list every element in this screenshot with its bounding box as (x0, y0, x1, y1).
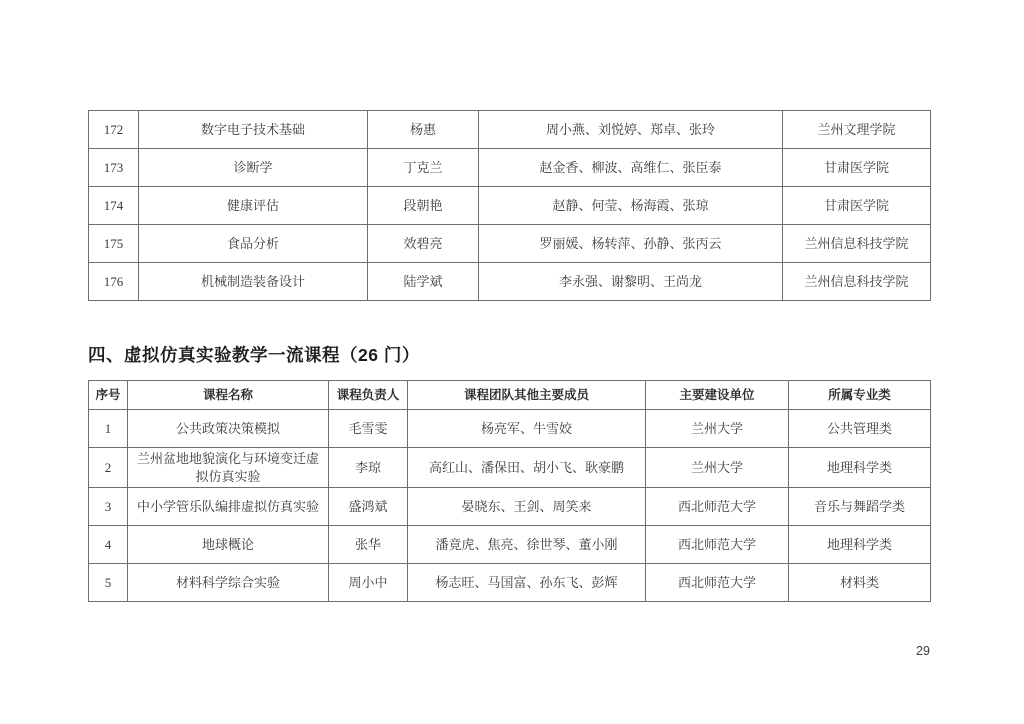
cell-course-name: 诊断学 (139, 149, 368, 187)
table-row: 4 地球概论 张华 潘竟虎、焦亮、徐世琴、董小刚 西北师范大学 地理科学类 (89, 526, 931, 564)
cell-team-members: 赵静、何莹、杨海霞、张琼 (479, 187, 783, 225)
cell-number: 3 (89, 488, 128, 526)
cell-institution: 兰州信息科技学院 (783, 263, 931, 301)
cell-institution: 甘肃医学院 (783, 149, 931, 187)
cell-number: 5 (89, 564, 128, 602)
table-row: 176 机械制造装备设计 陆学斌 李永强、谢黎明、王尚龙 兰州信息科技学院 (89, 263, 931, 301)
cell-category: 材料类 (789, 564, 931, 602)
cell-number: 176 (89, 263, 139, 301)
cell-leader: 李琼 (329, 448, 408, 488)
section-heading: 四、虚拟仿真实验教学一流课程（26 门） (88, 342, 420, 367)
cell-course-name: 食品分析 (139, 225, 368, 263)
cell-category: 音乐与舞蹈学类 (789, 488, 931, 526)
course-table-continued: 172 数字电子技术基础 杨惠 周小燕、刘悦婷、郑卓、张玲 兰州文理学院 173… (88, 110, 931, 301)
cell-course-name: 健康评估 (139, 187, 368, 225)
header-course-name: 课程名称 (128, 381, 329, 410)
cell-leader: 段朝艳 (368, 187, 479, 225)
cell-number: 4 (89, 526, 128, 564)
cell-leader: 周小中 (329, 564, 408, 602)
cell-course-name: 地球概论 (128, 526, 329, 564)
cell-category: 地理科学类 (789, 448, 931, 488)
table-row: 173 诊断学 丁克兰 赵金香、柳波、高维仁、张臣泰 甘肃医学院 (89, 149, 931, 187)
cell-institution: 西北师范大学 (646, 488, 789, 526)
cell-institution: 兰州大学 (646, 448, 789, 488)
cell-institution: 兰州信息科技学院 (783, 225, 931, 263)
cell-team-members: 高红山、潘保田、胡小飞、耿豪鹏 (408, 448, 646, 488)
cell-course-name: 兰州盆地地貌演化与环境变迁虚拟仿真实验 (128, 448, 329, 488)
cell-team-members: 杨志旺、马国富、孙东飞、彭辉 (408, 564, 646, 602)
cell-team-members: 晏晓东、王剑、周笑来 (408, 488, 646, 526)
cell-leader: 丁克兰 (368, 149, 479, 187)
header-category: 所属专业类 (789, 381, 931, 410)
cell-number: 173 (89, 149, 139, 187)
cell-leader: 毛雪雯 (329, 410, 408, 448)
cell-number: 172 (89, 111, 139, 149)
cell-institution: 西北师范大学 (646, 564, 789, 602)
cell-team-members: 罗丽媛、杨转萍、孙静、张丙云 (479, 225, 783, 263)
table-row: 1 公共政策决策模拟 毛雪雯 杨亮军、牛雪姣 兰州大学 公共管理类 (89, 410, 931, 448)
page-number: 29 (916, 644, 930, 658)
table-row: 2 兰州盆地地貌演化与环境变迁虚拟仿真实验 李琼 高红山、潘保田、胡小飞、耿豪鹏… (89, 448, 931, 488)
cell-leader: 效碧亮 (368, 225, 479, 263)
cell-number: 2 (89, 448, 128, 488)
table-row: 174 健康评估 段朝艳 赵静、何莹、杨海霞、张琼 甘肃医学院 (89, 187, 931, 225)
cell-course-name: 数字电子技术基础 (139, 111, 368, 149)
header-leader: 课程负责人 (329, 381, 408, 410)
cell-leader: 杨惠 (368, 111, 479, 149)
cell-institution: 兰州大学 (646, 410, 789, 448)
cell-category: 公共管理类 (789, 410, 931, 448)
table-row: 5 材料科学综合实验 周小中 杨志旺、马国富、孙东飞、彭辉 西北师范大学 材料类 (89, 564, 931, 602)
table-row: 175 食品分析 效碧亮 罗丽媛、杨转萍、孙静、张丙云 兰州信息科技学院 (89, 225, 931, 263)
header-number: 序号 (89, 381, 128, 410)
cell-team-members: 李永强、谢黎明、王尚龙 (479, 263, 783, 301)
cell-institution: 西北师范大学 (646, 526, 789, 564)
table-row: 3 中小学管乐队编排虚拟仿真实验 盛鸿斌 晏晓东、王剑、周笑来 西北师范大学 音… (89, 488, 931, 526)
cell-leader: 张华 (329, 526, 408, 564)
cell-category: 地理科学类 (789, 526, 931, 564)
document-page: 172 数字电子技术基础 杨惠 周小燕、刘悦婷、郑卓、张玲 兰州文理学院 173… (0, 0, 1024, 724)
cell-team-members: 周小燕、刘悦婷、郑卓、张玲 (479, 111, 783, 149)
header-institution: 主要建设单位 (646, 381, 789, 410)
cell-course-name: 中小学管乐队编排虚拟仿真实验 (128, 488, 329, 526)
virtual-simulation-course-table: 序号 课程名称 课程负责人 课程团队其他主要成员 主要建设单位 所属专业类 1 … (88, 380, 931, 602)
cell-leader: 盛鸿斌 (329, 488, 408, 526)
cell-number: 174 (89, 187, 139, 225)
table-header-row: 序号 课程名称 课程负责人 课程团队其他主要成员 主要建设单位 所属专业类 (89, 381, 931, 410)
table-row: 172 数字电子技术基础 杨惠 周小燕、刘悦婷、郑卓、张玲 兰州文理学院 (89, 111, 931, 149)
cell-institution: 兰州文理学院 (783, 111, 931, 149)
cell-course-name: 机械制造装备设计 (139, 263, 368, 301)
cell-course-name: 材料科学综合实验 (128, 564, 329, 602)
cell-institution: 甘肃医学院 (783, 187, 931, 225)
cell-number: 175 (89, 225, 139, 263)
cell-number: 1 (89, 410, 128, 448)
cell-team-members: 杨亮军、牛雪姣 (408, 410, 646, 448)
cell-course-name: 公共政策决策模拟 (128, 410, 329, 448)
header-team-members: 课程团队其他主要成员 (408, 381, 646, 410)
cell-leader: 陆学斌 (368, 263, 479, 301)
cell-team-members: 赵金香、柳波、高维仁、张臣泰 (479, 149, 783, 187)
cell-team-members: 潘竟虎、焦亮、徐世琴、董小刚 (408, 526, 646, 564)
